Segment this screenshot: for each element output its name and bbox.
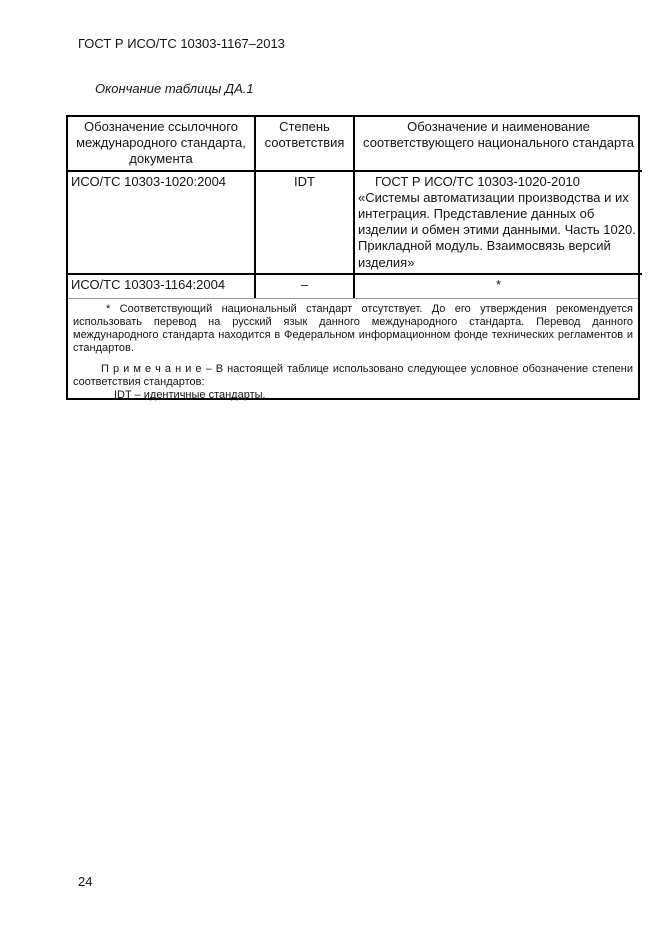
document-header: ГОСТ Р ИСО/ТС 10303-1167–2013 xyxy=(78,36,285,52)
col-header-reference-standard: Обозначение ссылочного международного ст… xyxy=(68,117,255,171)
note-text: П р и м е ч а н и е – В настоящей таблиц… xyxy=(73,363,633,389)
cell-degree: – xyxy=(255,274,354,298)
standards-correspondence-table: Обозначение ссылочного международного ст… xyxy=(66,115,640,400)
cell-reference-standard: ИСО/ТС 10303-1164:2004 xyxy=(68,274,255,298)
note-item-idt: IDT – идентичные стандарты. xyxy=(114,389,633,402)
cell-national-standard: * xyxy=(354,274,642,298)
footnote-text: * Соответствующий национальный стандарт … xyxy=(73,303,633,356)
cell-national-standard: ГОСТ Р ИСО/ТС 10303-1020-2010 «Системы а… xyxy=(354,171,642,274)
table-row: ИСО/ТС 10303-1020:2004 IDT ГОСТ Р ИСО/ТС… xyxy=(68,171,642,274)
table-header-row: Обозначение ссылочного международного ст… xyxy=(68,117,642,171)
cell-reference-standard: ИСО/ТС 10303-1020:2004 xyxy=(68,171,255,274)
col-header-degree-of-correspondence: Степень соответствия xyxy=(255,117,354,171)
table-footnote-area: * Соответствующий национальный стандарт … xyxy=(68,298,638,398)
table-row: ИСО/ТС 10303-1164:2004 – * xyxy=(68,274,642,298)
cell-degree: IDT xyxy=(255,171,354,274)
col-header-national-standard: Обозначение и наименование соответствующ… xyxy=(354,117,642,171)
page-number: 24 xyxy=(78,874,92,889)
table-caption: Окончание таблицы ДА.1 xyxy=(95,81,254,96)
table-grid: Обозначение ссылочного международного ст… xyxy=(68,117,642,298)
